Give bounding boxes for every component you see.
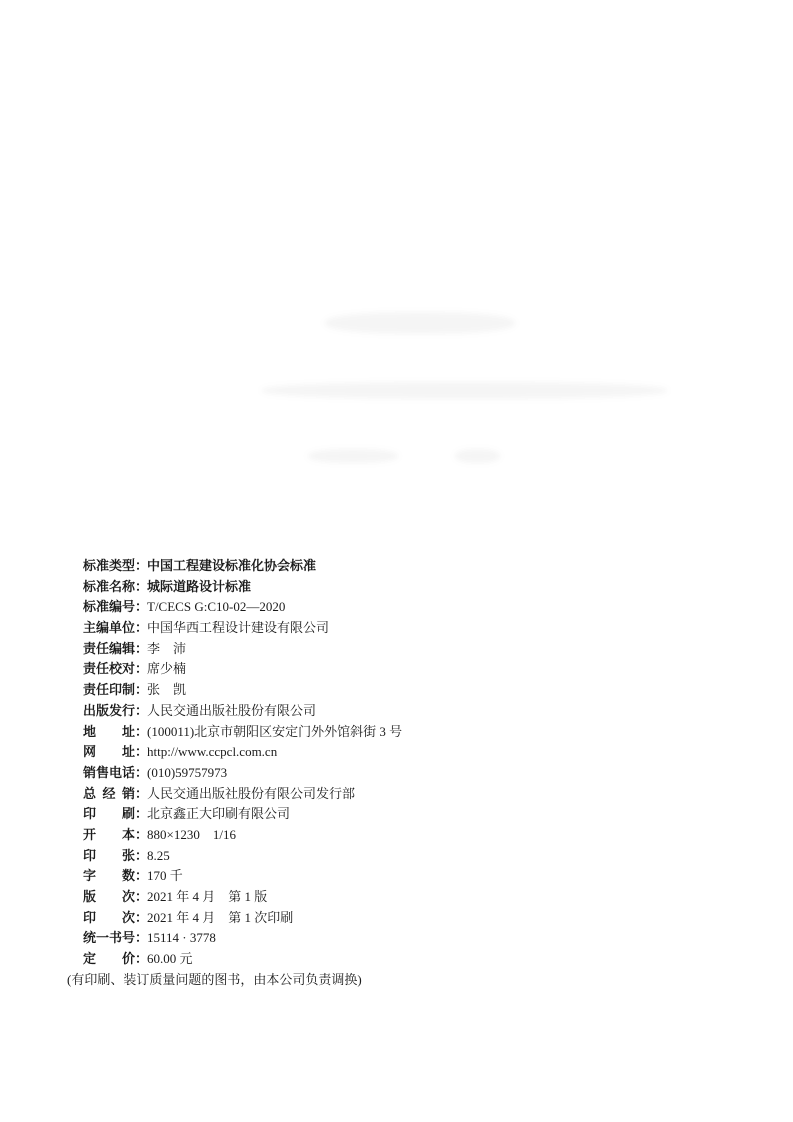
colophon-row-responsible-editor: 责任编辑：李 沛: [83, 639, 402, 660]
field-value: 李 沛: [147, 641, 186, 656]
colophon-row-impression: 印次：2021 年 4 月 第 1 次印刷: [83, 908, 402, 929]
label-colon: ：: [135, 887, 144, 908]
label-colon: ：: [135, 680, 144, 701]
field-value: 8.25: [147, 848, 170, 863]
field-value: 2021 年 4 月 第 1 次印刷: [147, 910, 293, 925]
field-label: 地址: [83, 722, 135, 743]
label-colon: ：: [135, 722, 144, 743]
field-label: 标准名称: [83, 577, 135, 598]
field-label: 定价: [83, 949, 135, 970]
field-value: 中国华西工程设计建设有限公司: [147, 620, 329, 635]
field-value: (100011)北京市朝阳区安定门外外馆斜街 3 号: [147, 724, 402, 739]
field-label: 责任编辑: [83, 639, 135, 660]
colophon-page: 标准类型：中国工程建设标准化协会标准 标准名称：城际道路设计标准 标准编号：T/…: [0, 0, 793, 1122]
colophon-row-book-number: 统一书号：15114 · 3778: [83, 928, 402, 949]
label-colon: ：: [135, 784, 144, 805]
field-value: 人民交通出版社股份有限公司发行部: [147, 786, 355, 801]
label-colon: ：: [135, 763, 144, 784]
field-label: 出版发行: [83, 701, 135, 722]
show-through-smudge: [308, 449, 398, 463]
field-label: 统一书号: [83, 928, 135, 949]
label-colon: ：: [135, 908, 144, 929]
label-colon: ：: [135, 597, 144, 618]
field-label: 总经销: [83, 784, 135, 805]
colophon-row-address: 地址：(100011)北京市朝阳区安定门外外馆斜街 3 号: [83, 722, 402, 743]
field-label: 印张: [83, 846, 135, 867]
field-value: http://www.ccpcl.com.cn: [147, 744, 277, 759]
field-label: 销售电话: [83, 763, 135, 784]
show-through-smudge: [325, 312, 515, 334]
quality-note: (有印刷、装订质量问题的图书，由本公司负责调换): [67, 970, 402, 991]
colophon-row-publisher: 出版发行：人民交通出版社股份有限公司: [83, 701, 402, 722]
colophon-row-word-count: 字数：170 千: [83, 866, 402, 887]
label-colon: ：: [135, 577, 144, 598]
show-through-smudge: [262, 382, 667, 399]
label-colon: ：: [135, 742, 144, 763]
colophon-block: 标准类型：中国工程建设标准化协会标准 标准名称：城际道路设计标准 标准编号：T/…: [83, 556, 402, 990]
colophon-row-standard-number: 标准编号：T/CECS G:C10-02—2020: [83, 597, 402, 618]
label-colon: ：: [135, 949, 144, 970]
field-label: 责任校对: [83, 659, 135, 680]
field-value: 170 千: [147, 868, 183, 883]
field-label: 开本: [83, 825, 135, 846]
field-label: 字数: [83, 866, 135, 887]
label-colon: ：: [135, 846, 144, 867]
field-value: 人民交通出版社股份有限公司: [147, 703, 316, 718]
label-colon: ：: [135, 618, 144, 639]
field-value: T/CECS G:C10-02—2020: [147, 599, 285, 614]
label-colon: ：: [135, 804, 144, 825]
colophon-row-standard-type: 标准类型：中国工程建设标准化协会标准: [83, 556, 402, 577]
show-through-smudge: [455, 449, 500, 463]
field-label: 版次: [83, 887, 135, 908]
field-value: 北京鑫正大印刷有限公司: [147, 806, 290, 821]
colophon-row-format: 开本：880×1230 1/16: [83, 825, 402, 846]
colophon-row-standard-name: 标准名称：城际道路设计标准: [83, 577, 402, 598]
label-colon: ：: [135, 701, 144, 722]
colophon-row-distributor: 总经销：人民交通出版社股份有限公司发行部: [83, 784, 402, 805]
field-value: 60.00 元: [147, 951, 193, 966]
colophon-row-sheets: 印张：8.25: [83, 846, 402, 867]
field-label: 标准类型: [83, 556, 135, 577]
colophon-row-print-supervisor: 责任印制：张 凯: [83, 680, 402, 701]
label-colon: ：: [135, 659, 144, 680]
field-label: 印刷: [83, 804, 135, 825]
field-value: 15114 · 3778: [147, 930, 216, 945]
field-label: 网址: [83, 742, 135, 763]
field-label: 责任印制: [83, 680, 135, 701]
field-label: 主编单位: [83, 618, 135, 639]
field-label: 标准编号: [83, 597, 135, 618]
field-value: 中国工程建设标准化协会标准: [147, 558, 316, 573]
colophon-row-chief-editor-unit: 主编单位：中国华西工程设计建设有限公司: [83, 618, 402, 639]
field-value: 2021 年 4 月 第 1 版: [147, 889, 267, 904]
label-colon: ：: [135, 825, 144, 846]
colophon-row-sales-phone: 销售电话：(010)59757973: [83, 763, 402, 784]
field-value: 席少楠: [147, 661, 186, 676]
colophon-row-edition: 版次：2021 年 4 月 第 1 版: [83, 887, 402, 908]
field-label: 印次: [83, 908, 135, 929]
field-value: 张 凯: [147, 682, 186, 697]
label-colon: ：: [135, 928, 144, 949]
label-colon: ：: [135, 639, 144, 660]
label-colon: ：: [135, 556, 144, 577]
colophon-row-price: 定价：60.00 元: [83, 949, 402, 970]
label-colon: ：: [135, 866, 144, 887]
colophon-row-printer: 印刷：北京鑫正大印刷有限公司: [83, 804, 402, 825]
colophon-row-proofreader: 责任校对：席少楠: [83, 659, 402, 680]
field-value: 880×1230 1/16: [147, 827, 236, 842]
colophon-row-website: 网址：http://www.ccpcl.com.cn: [83, 742, 402, 763]
field-value: 城际道路设计标准: [147, 579, 251, 594]
field-value: (010)59757973: [147, 765, 227, 780]
